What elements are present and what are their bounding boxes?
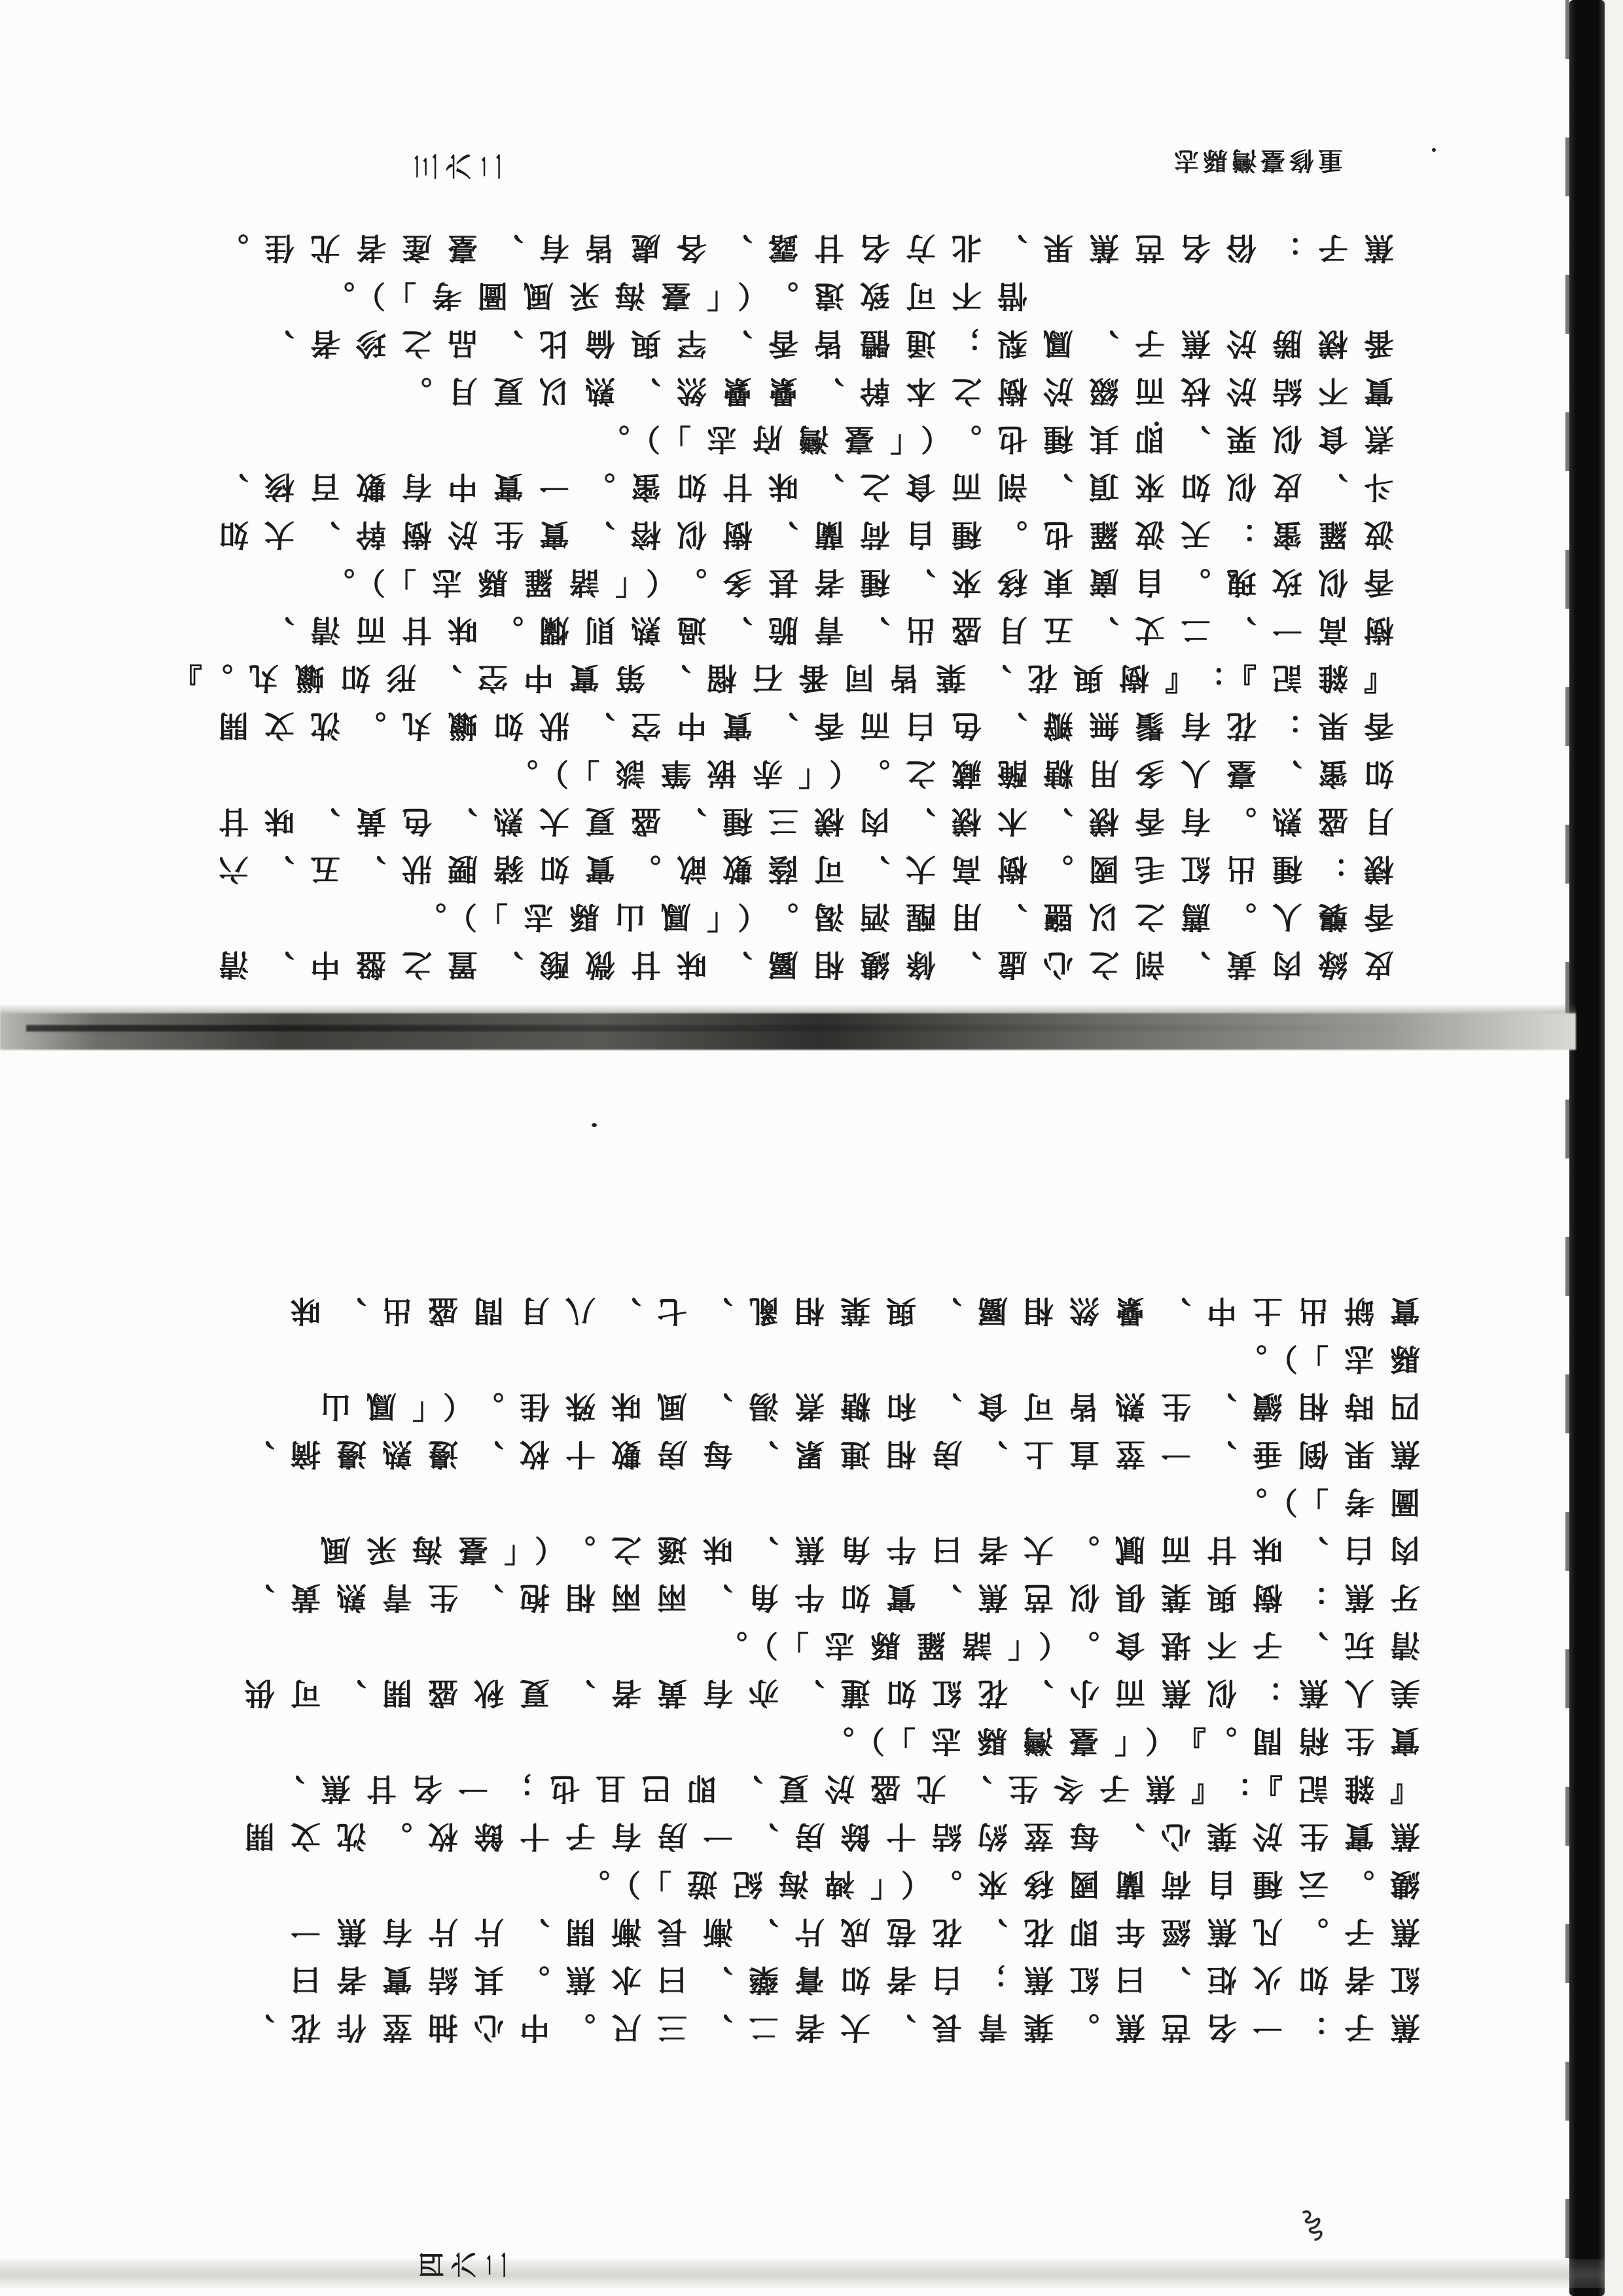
text-line: 縷。云種自荷蘭國移來。（「裨海紀遊」）。 (111, 1860, 1420, 1908)
text-line: 蕉子：俗名芭蕉果、北方名甘露、各處皆有、臺產者尤佳。 (116, 224, 1394, 272)
page-number-digit: 二 (472, 147, 509, 180)
text-line: 實生稍間。』（「臺灣縣志」）。 (111, 1717, 1420, 1765)
page-263-footer: 重修臺灣縣志 二六三 (116, 144, 1394, 186)
text-line: 圖考」）。 (111, 1478, 1420, 1526)
scanner-edge-black-bar (1569, 0, 1605, 2296)
text-line: 四時相續、生熟皆可食、和糖煮湯、風味殊佳。（「鳳山 (111, 1382, 1420, 1430)
text-line: 番檨勝於蕉子、鳳梨；通體皆香、罕與倫比、品之珍者、 (116, 319, 1394, 367)
text-line: 『雜記』：『樹與花、葉皆同番石榴、第實中空、形如蠟丸。』 (116, 654, 1394, 702)
scanner-edge-white-sliver (1605, 0, 1623, 2296)
text-line: 月盛熟。有香檨、木檨、肉檨三種、盛夏大熟、色黃、味甘 (116, 797, 1394, 845)
text-line: 清玩、子不堪食。（「諸羅縣志」）。 (111, 1621, 1420, 1669)
text-line: 樹高一、二丈、五月盛出、青脆、過熟則爛。味甘而清、 (116, 606, 1394, 654)
page-number-digit: 三 (406, 147, 444, 180)
text-line: 實缾出土中、纍然相屬、與葉相亂、七、八月間盛出、味 (111, 1287, 1420, 1335)
text-line: 實不結於枝而綴於樹之本幹、纍纍然、熟以夏月。 (116, 367, 1394, 415)
page-number-digit: 六 (439, 147, 476, 180)
text-line: 如蜜、臺人多用糖醃藏之。（「赤嵌筆談」）。 (116, 749, 1394, 797)
page-263: 皮綠肉黃、剖之心虛、條縷相屬、味甘微酸、置之盤中、清香襲人。薦之以鹽、用醒酒渴。… (116, 185, 1394, 988)
text-line: 檨：種出紅毛國。樹高大、可蔭數畝。實如豬腰狀、五、六 (116, 845, 1394, 893)
text-line: 惜不可致遠。（「臺海采風圖考」）。 (116, 272, 1394, 319)
scan-speck (592, 1123, 597, 1127)
page-number-263: 二六三 (408, 145, 507, 182)
page-264-text-block: 蕉子：一名芭蕉。葉青長、大者二、三尺。中心抽莖作花、紅者如火炬、曰紅蕉；白者如膏… (111, 1287, 1420, 2051)
scan-speck (1432, 148, 1436, 152)
text-line: 斗、皮似如來頂、剖而食之、味甘如蜜。一實中有數百核、 (116, 463, 1394, 511)
page-number-264: 二六四 (414, 2243, 512, 2280)
scanned-document: { "document": { "kind": "photocopied boo… (0, 0, 1623, 2296)
page-263-text-block: 皮綠肉黃、剖之心虛、條縷相屬、味甘微酸、置之盤中、清香襲人。薦之以鹽、用醒酒渴。… (116, 224, 1394, 988)
text-line: 『雜記』：『蕉子冬生、尤盛於夏、即巴且也；一名甘蕉、 (111, 1765, 1420, 1812)
text-line: 蕉果倒垂、一莖直上、房相連累、每房數十枚、邊熟邊摘、 (111, 1430, 1420, 1478)
text-line: 波羅蜜：天波羅也。種自荷蘭、樹似榕、實生於樹幹、大如 (116, 511, 1394, 558)
page-264-footer: 二六四 (111, 2242, 1420, 2284)
text-line: 美人蕉：似蕉而小、花紅如蓮、亦有黃者、夏秋盛開、可供 (111, 1669, 1420, 1717)
page-264: 二六四 蕉子：一名芭蕉。葉青長、大者二、三尺。中心抽莖作花、紅者如火炬、曰紅蕉；… (111, 1268, 1420, 2284)
page-number-digit: 四 (412, 2246, 449, 2278)
text-line: 牙蕉：樹與葉俱似芭蕉、實如牛角、兩兩相抱、生青熟黃、 (111, 1573, 1420, 1621)
text-line: 香似玫瑰。自廣東移來、種者甚多。（「諸羅縣志」）。 (116, 558, 1394, 606)
page-number-digit: 二 (477, 2246, 514, 2278)
text-line: 煮食似栗、即其種也。（「臺灣府志」）。 (116, 415, 1394, 463)
page-gutter-shadow-band (0, 1013, 1576, 1050)
text-line: 紅者如火炬、曰紅蕉；白者如膏藥、曰水蕉。其結實者曰 (111, 1956, 1420, 2003)
text-line: 皮綠肉黃、剖之心虛、條縷相屬、味甘微酸、置之盤中、清 (116, 941, 1394, 988)
text-line: 香襲人。薦之以鹽、用醒酒渴。（「鳳山縣志」）。 (116, 893, 1394, 941)
text-line: 縣志」）。 (111, 1335, 1420, 1382)
page-number-digit: 六 (444, 2246, 482, 2278)
page-264-margin-gap (111, 2051, 1420, 2242)
text-line: 蕉子。凡蕉經年即花、花苞成片、漸長漸開、片片有蕉一 (111, 1908, 1420, 1956)
text-line: 蕉實生於葉心、每莖約結十餘房、一房有子十餘枚。沈文開 (111, 1812, 1420, 1860)
book-title-footer: 重修臺灣縣志 (1170, 145, 1343, 181)
text-line: 蕉子：一名芭蕉。葉青長、大者二、三尺。中心抽莖作花、 (111, 2003, 1420, 2051)
text-line: 香果：花有鬚無瓣、色白而香、實中空、狀如蠟丸。沈文開 (116, 702, 1394, 749)
handwritten-mark (1300, 2208, 1326, 2242)
page-263-margin-gap (116, 186, 1394, 224)
text-line: 肉白、味甘而膩。大者曰牛角蕉、味遜之。（「臺海采風 (111, 1526, 1420, 1573)
